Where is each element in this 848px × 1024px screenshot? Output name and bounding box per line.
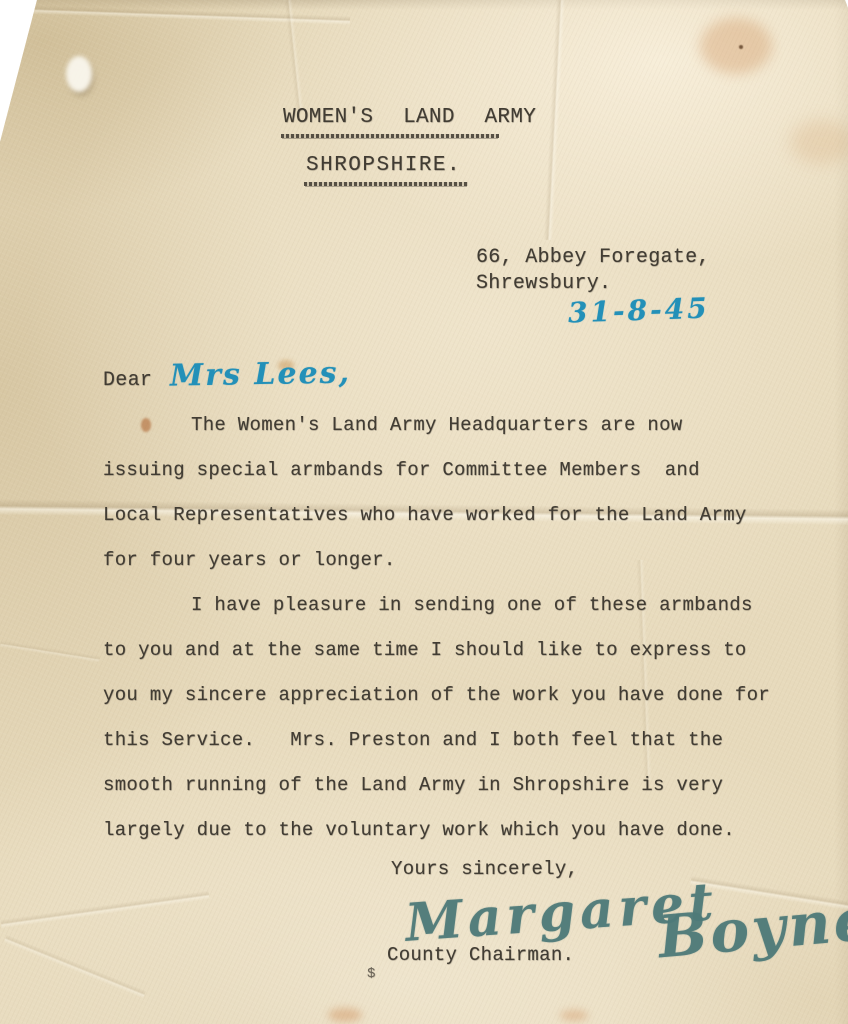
body-line: The Women's Land Army Headquarters are n… (103, 414, 783, 459)
letterhead-title: WOMEN'S LAND ARMY (283, 106, 536, 129)
letterhead-title-underline (281, 134, 499, 138)
paper-crease (544, 0, 566, 240)
body-line: for four years or longer. (103, 549, 783, 594)
paper-damage-spot (66, 56, 92, 92)
stray-typed-mark: $ (367, 966, 376, 982)
body-line: you my sincere appreciation of the work … (103, 684, 783, 729)
body-line: issuing special armbands for Committee M… (103, 459, 783, 504)
body-line: smooth running of the Land Army in Shrop… (103, 774, 783, 819)
body-line: I have pleasure in sending one of these … (103, 594, 783, 639)
letter-paper: WOMEN'S LAND ARMY SHROPSHIRE. 66, Abbey … (0, 0, 848, 1024)
paper-stain (328, 1008, 362, 1022)
paper-crease (0, 640, 100, 663)
paper-stain (560, 1010, 588, 1021)
paper-stain (739, 45, 743, 49)
address-line-2: Shrewsbury. (476, 272, 611, 295)
body-line: Local Representatives who have worked fo… (103, 504, 783, 549)
scanned-letter: WOMEN'S LAND ARMY SHROPSHIRE. 66, Abbey … (0, 0, 848, 1024)
letterhead-subtitle-underline (304, 182, 468, 186)
paper-stain (700, 18, 772, 74)
paper-crease (284, 0, 303, 110)
paper-crease (0, 890, 209, 928)
salutation-name-handwritten: Mrs Lees, (170, 355, 352, 393)
body-line: this Service. Mrs. Preston and I both fe… (103, 729, 783, 774)
valediction: Yours sincerely, (391, 858, 578, 880)
paper-crease (4, 934, 146, 999)
paper-stain (790, 120, 848, 164)
letterhead-subtitle: SHROPSHIRE. (306, 154, 461, 177)
paper-crease (0, 4, 350, 25)
letter-body: The Women's Land Army Headquarters are n… (103, 414, 783, 864)
handwritten-date: 31-8-45 (567, 292, 710, 330)
body-line: to you and at the same time I should lik… (103, 639, 783, 684)
salutation-typed: Dear (103, 369, 152, 392)
signer-role: County Chairman. (387, 944, 574, 966)
address-line-1: 66, Abbey Foregate, (476, 246, 710, 269)
